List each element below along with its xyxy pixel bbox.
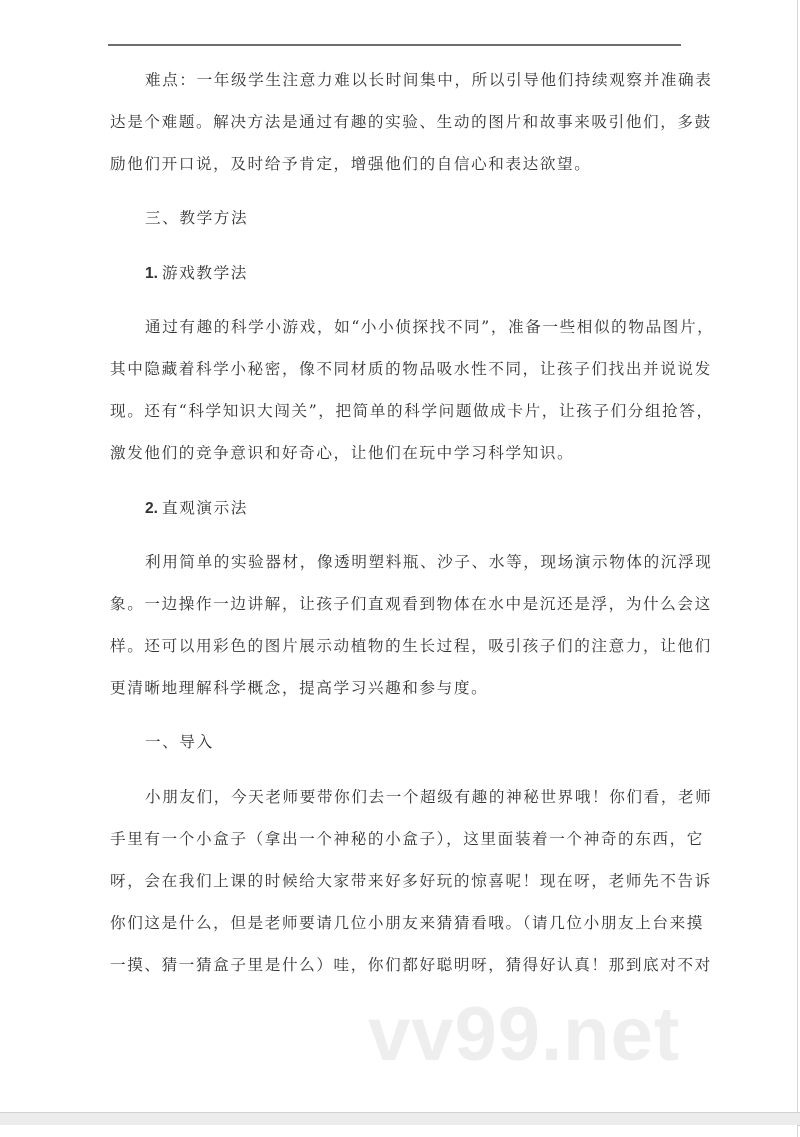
paragraph-line: 通过有趣的科学小游戏，如“小小侦探找不同”，准备一些相似的物品图片， (145, 317, 685, 337)
section-heading-teaching-methods: 三、教学方法 (145, 208, 248, 228)
paragraph-line: 小朋友们，今天老师要带你们去一个超级有趣的神秘世界哦！你们看，老师 (145, 787, 685, 807)
paragraph-line: 励他们开口说，及时给予肯定，增强他们的自信心和表达欲望。 (110, 154, 685, 174)
paragraph-line: 利用简单的实验器材，像透明塑料瓶、沙子、水等，现场演示物体的沉浮现 (145, 552, 685, 572)
header-rule (108, 44, 681, 46)
paragraph-line: 一摸、猜一猜盒子里是什么）哇，你们都好聪明呀，猜得好认真！那到底对不对 (110, 955, 685, 975)
section-heading-introduction: 一、导入 (145, 732, 214, 752)
page-separator (0, 1112, 800, 1126)
subheading-game-method: 1.游戏教学法 (145, 263, 248, 284)
paragraph-line: 象。一边操作一边讲解，让孩子们直观看到物体在水中是沉还是浮，为什么会这 (110, 594, 685, 614)
paragraph-line: 其中隐藏着科学小秘密，像不同材质的物品吸水性不同，让孩子们找出并说说发 (110, 359, 685, 379)
paragraph-line: 呀，会在我们上课的时候给大家带来好多好玩的惊喜呢！现在呀，老师先不告诉 (110, 871, 685, 891)
next-page-top-edge (0, 1125, 798, 1137)
subheading-demo-method: 2.直观演示法 (145, 498, 248, 519)
paragraph-line: 难点：一年级学生注意力难以长时间集中，所以引导他们持续观察并准确表 (145, 70, 685, 90)
paragraph-line: 达是个难题。解决方法是通过有趣的实验、生动的图片和故事来吸引他们，多鼓 (110, 112, 685, 132)
subheading-number: 1. (145, 265, 158, 282)
subheading-text: 直观演示法 (162, 499, 248, 517)
document-page: 难点：一年级学生注意力难以长时间集中，所以引导他们持续观察并准确表 达是个难题。… (0, 0, 798, 1112)
paragraph-line: 手里有一个小盒子（拿出一个神秘的小盒子），这里面装着一个神奇的东西，它 (110, 829, 685, 849)
paragraph-line: 样。还可以用彩色的图片展示动植物的生长过程，吸引孩子们的注意力，让他们 (110, 636, 685, 656)
paragraph-line: 更清晰地理解科学概念，提高学习兴趣和参与度。 (110, 678, 685, 698)
paragraph-line: 你们这是什么，但是老师要请几位小朋友来猜猜看哦。（请几位小朋友上台来摸 (110, 913, 685, 933)
subheading-number: 2. (145, 500, 158, 517)
paragraph-line: 激发他们的竞争意识和好奇心，让他们在玩中学习科学知识。 (110, 443, 685, 463)
subheading-text: 游戏教学法 (162, 264, 248, 282)
watermark: vv99.net (368, 995, 680, 1075)
paragraph-line: 现。还有“科学知识大闯关”，把简单的科学问题做成卡片，让孩子们分组抢答， (110, 401, 685, 421)
